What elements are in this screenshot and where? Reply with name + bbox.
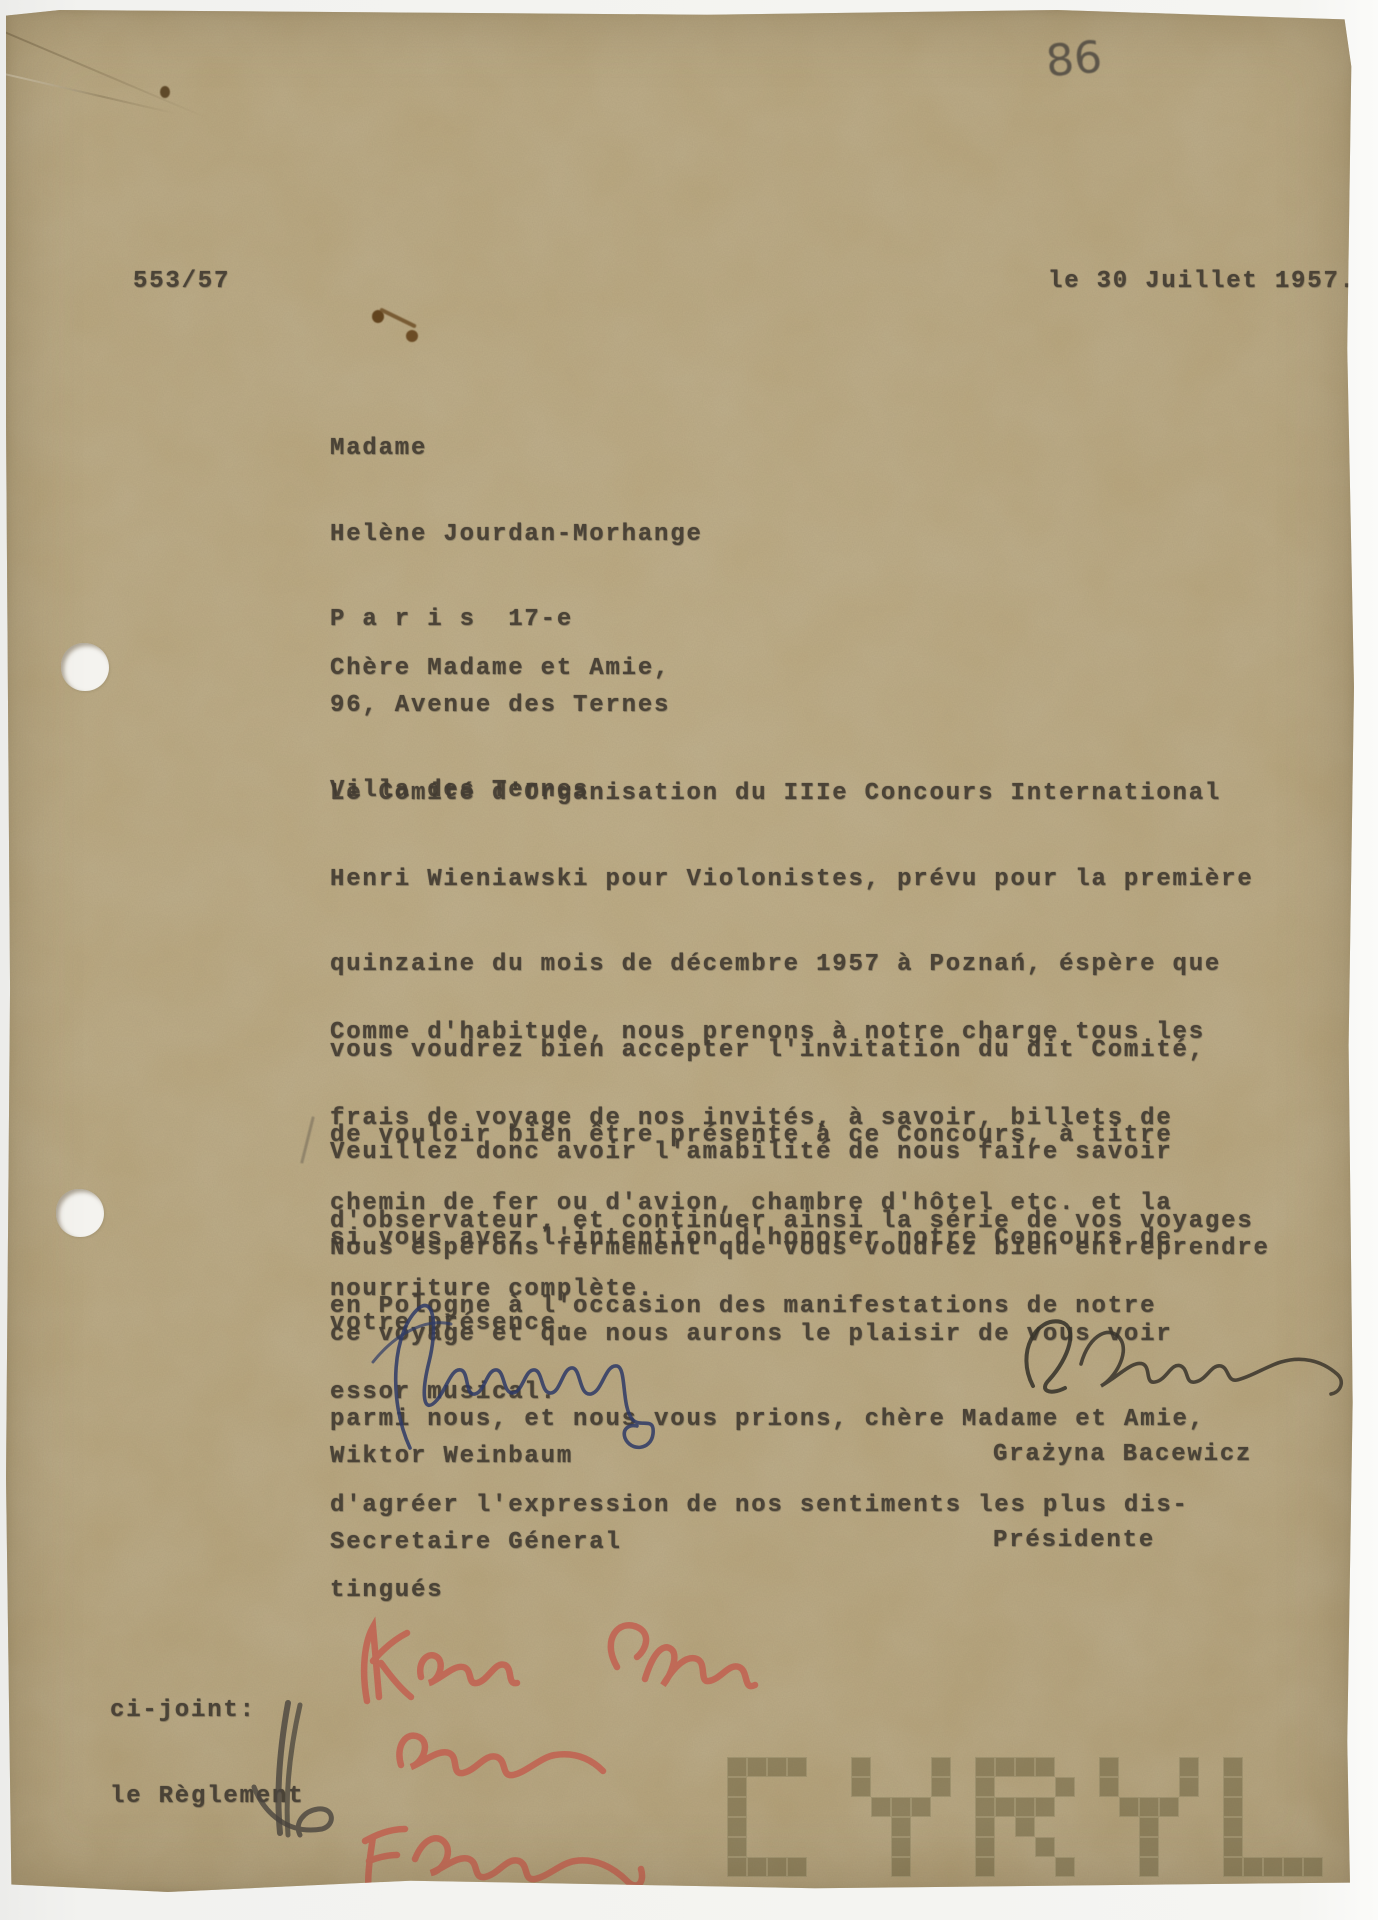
- watermark-tile: [1283, 1857, 1303, 1877]
- archival-page-number: 86: [1044, 32, 1104, 88]
- scanned-letter: 86 553/57 le 30 Juillet 1957. Madame Hel…: [0, 0, 1378, 1920]
- watermark-tile: [767, 1857, 787, 1877]
- watermark-tile: [911, 1797, 931, 1817]
- ink-stain: [160, 86, 170, 98]
- watermark-tile: [975, 1817, 995, 1837]
- watermark-tile: [975, 1837, 995, 1857]
- address-line: Madame: [330, 435, 703, 464]
- address-line: Helène Jourdan-Morhange: [330, 521, 703, 550]
- crease-mark: [2, 30, 233, 130]
- watermark-tile: [727, 1777, 747, 1797]
- watermark-tile: [1015, 1817, 1035, 1837]
- watermark-tile: [1223, 1797, 1243, 1817]
- watermark-tile: [1035, 1797, 1055, 1817]
- ink-stain: [406, 330, 418, 342]
- watermark-tile: [787, 1857, 807, 1877]
- watermark-tile: [747, 1757, 767, 1777]
- watermark-tile: [727, 1797, 747, 1817]
- page-content: 86 553/57 le 30 Juillet 1957. Madame Hel…: [0, 0, 1378, 1920]
- watermark-tile: [1223, 1837, 1243, 1857]
- watermark-tile: [1223, 1817, 1243, 1837]
- date-line: le 30 Juillet 1957.: [1048, 268, 1356, 297]
- watermark-tile: [727, 1857, 747, 1877]
- watermark-tile: [747, 1857, 767, 1877]
- pencil-mark: [300, 1116, 315, 1163]
- watermark-tile: [1263, 1857, 1283, 1877]
- reference-number: 553/57: [133, 268, 230, 297]
- ink-stain: [379, 307, 417, 328]
- signer-title: Secretaire Géneral: [330, 1529, 622, 1558]
- watermark-tile: [975, 1757, 995, 1777]
- watermark-tile: [1015, 1797, 1035, 1817]
- watermark-tile: [1139, 1817, 1159, 1837]
- signature-right-block: Grażyna Bacewicz Présidente: [993, 1384, 1252, 1612]
- watermark-letter: [975, 1757, 1075, 1877]
- watermark-tile: [1223, 1857, 1243, 1877]
- watermark-tile: [1223, 1777, 1243, 1797]
- watermark-tile: [995, 1757, 1015, 1777]
- watermark-tile: [851, 1757, 871, 1777]
- watermark-tile: [1139, 1857, 1159, 1877]
- watermark-tile: [1015, 1757, 1035, 1777]
- watermark-tile: [931, 1757, 951, 1777]
- watermark-tile: [1179, 1777, 1199, 1797]
- text-line: Comme d'habitude, nous prenons à notre c…: [330, 1019, 1205, 1048]
- watermark-tile: [787, 1757, 807, 1777]
- watermark-tile: [931, 1777, 951, 1797]
- watermark-tile: [1139, 1797, 1159, 1817]
- crease-mark: [0, 72, 185, 117]
- paper-sheet: 86 553/57 le 30 Juillet 1957. Madame Hel…: [6, 10, 1354, 1892]
- watermark-tile: [727, 1817, 747, 1837]
- watermark-tile: [1035, 1837, 1055, 1857]
- watermark-tile: [891, 1857, 911, 1877]
- cyryl-watermark: [727, 1757, 1327, 1877]
- watermark-letter: [1223, 1757, 1323, 1877]
- watermark-tile: [1179, 1757, 1199, 1777]
- watermark-tile: [1119, 1797, 1139, 1817]
- watermark-tile: [1159, 1797, 1179, 1817]
- watermark-tile: [1099, 1777, 1119, 1797]
- watermark-tile: [1055, 1777, 1075, 1797]
- pencil-scribble: [230, 1695, 345, 1850]
- watermark-tile: [1139, 1837, 1159, 1857]
- address-line: P a r i s 17-e: [330, 606, 703, 635]
- signer-name: Grażyna Bacewicz: [993, 1441, 1252, 1470]
- watermark-tile: [975, 1777, 995, 1797]
- watermark-tile: [1303, 1857, 1323, 1877]
- watermark-tile: [975, 1797, 995, 1817]
- watermark-tile: [1243, 1857, 1263, 1877]
- signer-name: Wiktor Weinbaum: [330, 1443, 622, 1472]
- text-line: Henri Wieniawski pour Violonistes, prévu…: [330, 866, 1254, 895]
- text-line: Nous ésperons fermement que vous voudrez…: [330, 1235, 1270, 1264]
- watermark-tile: [975, 1857, 995, 1877]
- punch-hole: [61, 643, 109, 691]
- address-line: 96, Avenue des Ternes: [330, 692, 703, 721]
- watermark-tile: [1099, 1757, 1119, 1777]
- watermark-letter: [851, 1757, 951, 1877]
- watermark-tile: [1223, 1757, 1243, 1777]
- watermark-tile: [1055, 1857, 1075, 1877]
- watermark-tile: [727, 1837, 747, 1857]
- salutation: Chère Madame et Amie,: [330, 655, 670, 684]
- watermark-tile: [891, 1797, 911, 1817]
- watermark-tile: [995, 1797, 1015, 1817]
- watermark-tile: [1035, 1757, 1055, 1777]
- text-line: Le Comité d'Organisation du IIIe Concour…: [330, 780, 1254, 809]
- watermark-tile: [871, 1797, 891, 1817]
- signer-title: Présidente: [993, 1527, 1252, 1556]
- punch-hole: [56, 1189, 104, 1237]
- watermark-letter: [727, 1757, 827, 1877]
- watermark-tile: [891, 1817, 911, 1837]
- watermark-tile: [851, 1777, 871, 1797]
- ink-stain: [372, 310, 384, 323]
- watermark-tile: [891, 1837, 911, 1857]
- watermark-tile: [767, 1757, 787, 1777]
- watermark-tile: [727, 1757, 747, 1777]
- signature-left-block: Wiktor Weinbaum Secretaire Géneral: [330, 1386, 622, 1614]
- text-line: Veuillez donc avoir l'amabilité de nous …: [330, 1139, 1173, 1168]
- watermark-letter: [1099, 1757, 1199, 1877]
